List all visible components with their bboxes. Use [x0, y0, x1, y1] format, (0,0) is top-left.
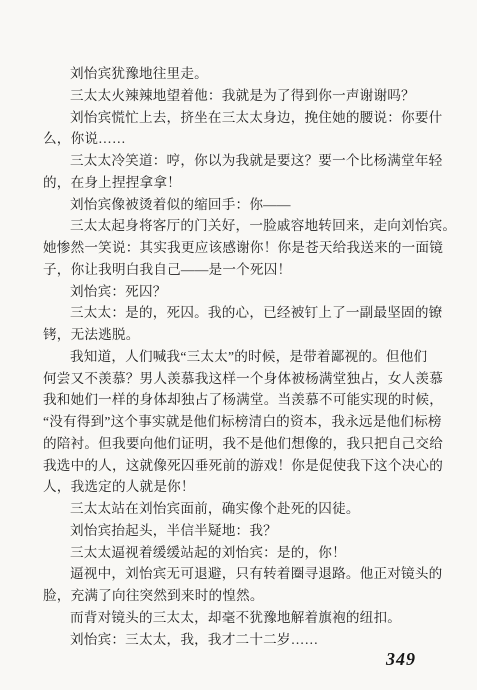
text-line: 三太太：是的，死囚。我的心，已经被钉上了一副最坚固的镣: [43, 302, 445, 324]
text-line: 人，我选定的人就是你！: [43, 476, 445, 498]
text-line: 三太太冷笑道：哼，你以为我就是要这？要一个比杨满堂年轻: [43, 150, 445, 172]
text-line: 么，你说……: [43, 128, 445, 150]
text-line: 刘怡宾抬起头，半信半疑地：我？: [43, 520, 445, 542]
text-line: 刘怡宾：三太太，我，我才二十二岁……: [43, 629, 445, 651]
book-page: 刘怡宾犹豫地往里走。 三太太火辣辣地望着他：我就是为了得到你一声谢谢吗？ 刘怡宾…: [0, 0, 477, 690]
text-line: 三太太起身将客厅的门关好，一脸戚容地转回来，走向刘怡宾。: [43, 215, 445, 237]
text-line: 铐，无法逃脱。: [43, 324, 445, 346]
text-line: 三太太逼视着缓缓站起的刘怡宾：是的，你！: [43, 542, 445, 564]
text-line: 的陪衬。但我要向他们证明，我不是他们想像的，我只把自己交给: [43, 433, 445, 455]
text-line: 刘怡宾犹豫地往里走。: [43, 63, 445, 85]
text-line: “没有得到”这个事实就是他们标榜清白的资本，我永远是他们标榜: [43, 411, 445, 433]
text-line: 脸，充满了向往突然到来时的惶然。: [43, 585, 445, 607]
text-line: 何尝又不羡慕？男人羡慕我这样一个身体被杨满堂独占，女人羡慕: [43, 368, 445, 390]
page-number: 349: [386, 649, 416, 670]
text-line: 三太太站在刘怡宾面前，确实像个赴死的囚徒。: [43, 498, 445, 520]
text-line: 我和她们一样的身体却独占了杨满堂。当羡慕不可能实现的时候，: [43, 389, 445, 411]
text-line: 而背对镜头的三太太，却毫不犹豫地解着旗袍的纽扣。: [43, 607, 445, 629]
text-line: 的，在身上捏捏拿拿！: [43, 172, 445, 194]
text-line: 三太太火辣辣地望着他：我就是为了得到你一声谢谢吗？: [43, 85, 445, 107]
page-text: 刘怡宾犹豫地往里走。 三太太火辣辣地望着他：我就是为了得到你一声谢谢吗？ 刘怡宾…: [43, 63, 445, 650]
text-line: 刘怡宾像被烫着似的缩回手：你——: [43, 194, 445, 216]
text-line: 我选中的人，这就像死囚垂死前的游戏！你是促使我下这个决心的: [43, 455, 445, 477]
text-line: 逼视中，刘怡宾无可退避，只有转着圈寻退路。他正对镜头的: [43, 563, 445, 585]
text-line: 子，你让我明白我自己——是一个死囚！: [43, 259, 445, 281]
text-line: 她惨然一笑说：其实我更应该感谢你！你是苍天给我送来的一面镜: [43, 237, 445, 259]
text-line: 我知道，人们喊我“三太太”的时候，是带着鄙视的。但他们: [43, 346, 445, 368]
text-line: 刘怡宾：死囚？: [43, 281, 445, 303]
text-line: 刘怡宾慌忙上去，挤坐在三太太身边，挽住她的腰说：你要什: [43, 107, 445, 129]
